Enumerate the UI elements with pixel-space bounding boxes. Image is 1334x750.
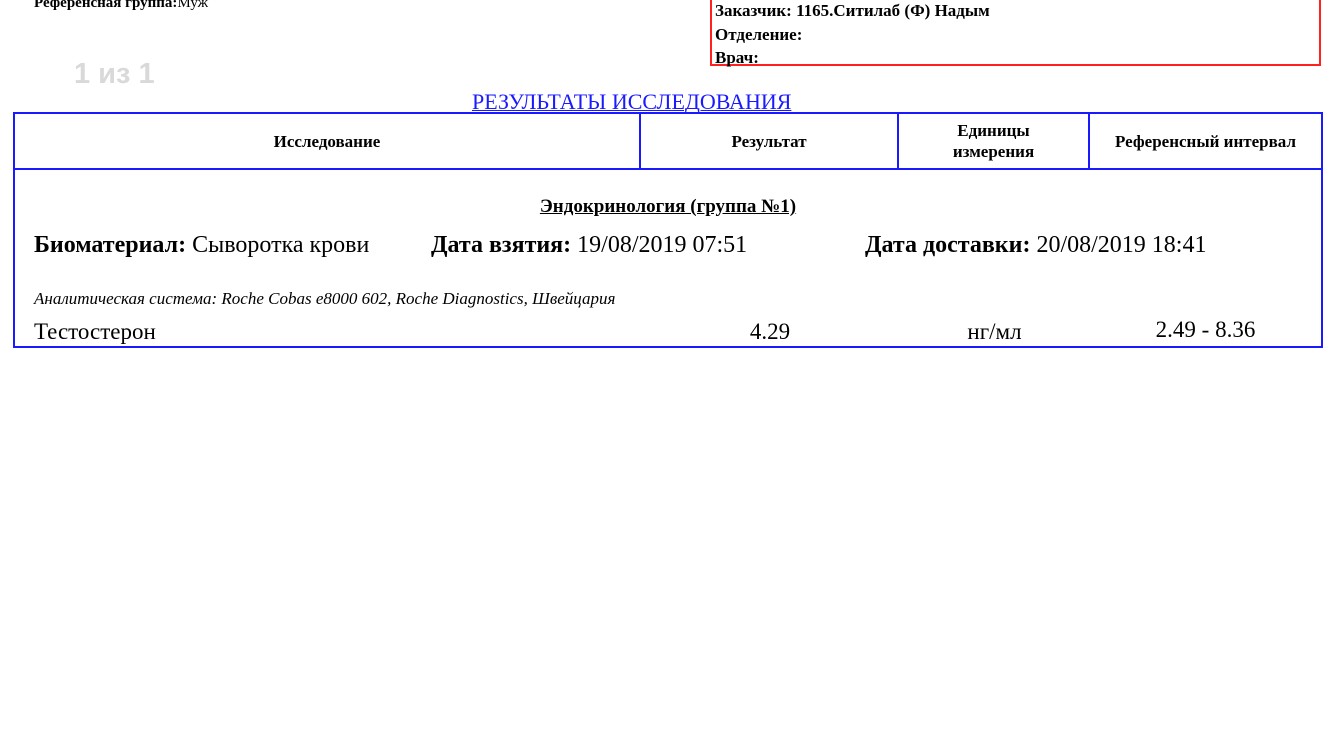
date-taken: Дата взятия: 19/08/2019 07:51 bbox=[431, 231, 747, 259]
customer-line: Заказчик: 1165.Ситилаб (Ф) Надым bbox=[715, 0, 1319, 23]
table-header: Исследование Результат Единицы измерения… bbox=[15, 114, 1321, 170]
reference-group-value: Муж bbox=[177, 0, 208, 11]
biomaterial: Биоматериал: Сыворотка крови bbox=[34, 231, 369, 259]
biomaterial-value: Сыворотка крови bbox=[192, 232, 369, 258]
date-delivered-value: 20/08/2019 18:41 bbox=[1036, 232, 1206, 258]
column-header-units: Единицы измерения bbox=[899, 114, 1090, 168]
column-header-reference: Референсный интервал bbox=[1090, 114, 1321, 168]
date-taken-label: Дата взятия: bbox=[431, 232, 571, 258]
department-line: Отделение: bbox=[715, 23, 1319, 47]
column-header-units-label: Единицы измерения bbox=[939, 120, 1049, 162]
biomaterial-label: Биоматериал: bbox=[34, 232, 186, 258]
doctor-line: Врач: bbox=[715, 46, 1319, 70]
section-title: Эндокринология (группа №1) bbox=[15, 196, 1321, 218]
analyzer-system: Аналитическая система: Roche Cobas e8000… bbox=[34, 289, 615, 309]
test-name: Тестостерон bbox=[34, 318, 156, 346]
date-delivered-label: Дата доставки: bbox=[865, 232, 1030, 258]
test-units: нг/мл bbox=[899, 318, 1090, 346]
date-delivered: Дата доставки: 20/08/2019 18:41 bbox=[865, 231, 1206, 259]
column-header-result: Результат bbox=[641, 114, 899, 168]
reference-group: Референсная группа:Муж bbox=[34, 0, 208, 12]
customer-info-box: Заказчик: 1165.Ситилаб (Ф) Надым Отделен… bbox=[710, 0, 1321, 66]
test-result: 4.29 bbox=[641, 318, 899, 346]
page-indicator: 1 из 1 bbox=[74, 58, 155, 91]
date-taken-value: 19/08/2019 07:51 bbox=[577, 232, 747, 258]
column-header-test: Исследование bbox=[15, 114, 641, 168]
reference-group-label: Референсная группа: bbox=[34, 0, 177, 11]
results-table: Исследование Результат Единицы измерения… bbox=[13, 112, 1323, 348]
test-reference-interval: 2.49 - 8.36 bbox=[1090, 316, 1321, 344]
